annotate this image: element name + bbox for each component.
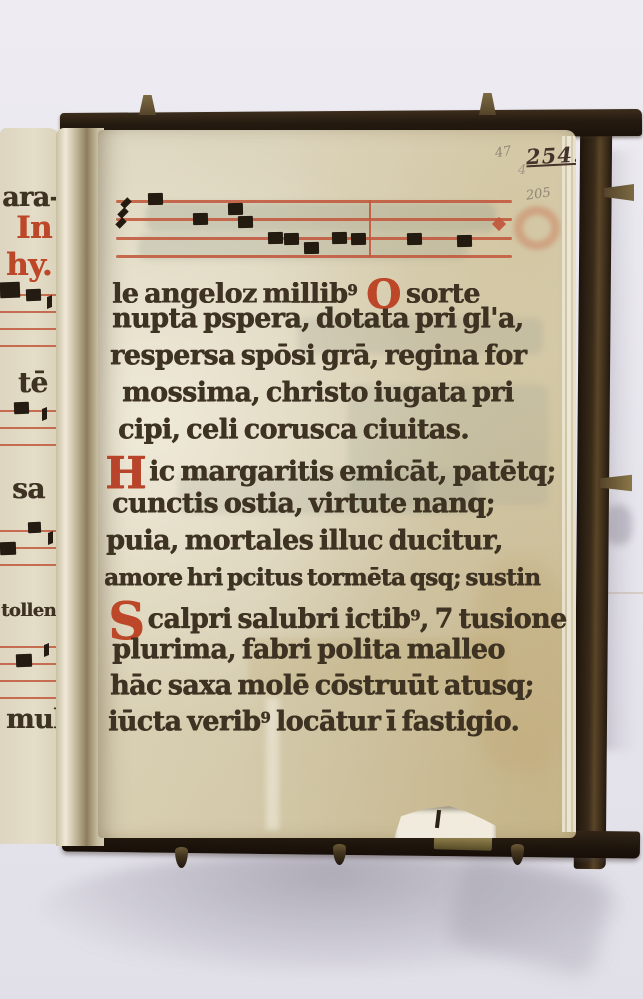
- text-segment: 9: [347, 281, 357, 299]
- text-segment: amore hri pcitus tormēta qsq; sustin: [104, 564, 540, 591]
- staff-line: [0, 311, 58, 313]
- staff-line: [0, 680, 58, 682]
- right-page: 47 254. 4 205 le angeloz millib9Osortenu…: [98, 130, 576, 838]
- text-line: plurima, fabri polita malleo: [112, 634, 505, 665]
- book-gutter: [56, 128, 104, 846]
- text-line: mossima, christo iugata pri: [122, 377, 514, 408]
- text-segment: nupta pspera, dotata pri gl'a,: [112, 303, 523, 334]
- text-segment: , 7 tusione: [420, 604, 567, 635]
- left-page-staff: [0, 402, 58, 472]
- staff-custos: [44, 643, 49, 657]
- left-page-fragment: sa: [12, 472, 45, 505]
- text-segment: calpri salubri ictib: [147, 604, 410, 635]
- left-page: ara-Inhy.tēsatollensmul: [0, 128, 62, 844]
- text-line: respersa spōsi grā, regina for: [110, 340, 526, 371]
- text-segment: puia, mortales illuc ducitur,: [106, 525, 503, 556]
- photo-backdrop: ara-Inhy.tēsatollensmul 47 254. 4 205 le…: [0, 0, 643, 999]
- text-line: cipi, celi corusca ciuitas.: [118, 414, 469, 445]
- text-line: amore hri pcitus tormēta qsq; sustin: [104, 564, 540, 591]
- neume: [0, 282, 20, 299]
- neume: [28, 522, 41, 533]
- clasp-pin-top-right: [479, 93, 496, 115]
- text-block: le angeloz millib9Osortenupta pspera, do…: [98, 130, 576, 838]
- text-line: puia, mortales illuc ducitur,: [106, 525, 503, 556]
- staff-line: [0, 444, 58, 446]
- neume: [26, 289, 41, 302]
- staff-custos: [48, 531, 53, 545]
- left-page-fragment: tollens: [1, 600, 62, 621]
- text-segment: cunctis ostia, virtute nanq;: [112, 488, 495, 519]
- binding-right-board: [574, 117, 613, 869]
- staff-line: [0, 564, 58, 566]
- text-segment: mossima, christo iugata pri: [122, 377, 514, 408]
- text-segment: 9: [260, 709, 270, 727]
- text-line: cunctis ostia, virtute nanq;: [112, 488, 495, 519]
- staff-custos: [47, 295, 52, 309]
- staff-line: [0, 328, 58, 330]
- clasp-pin-top-left: [139, 95, 156, 115]
- left-page-staff: [0, 522, 58, 592]
- staff-line: [0, 697, 58, 699]
- text-segment: cipi, celi corusca ciuitas.: [118, 414, 469, 445]
- staff-line: [0, 345, 58, 347]
- left-page-fragment: In: [16, 210, 52, 246]
- text-segment: ic margaritis emicāt, patētq;: [149, 456, 556, 487]
- neume: [0, 542, 16, 556]
- left-page-fragment: ara-: [2, 182, 60, 213]
- text-segment: respersa spōsi grā, regina for: [110, 340, 526, 371]
- text-segment: plurima, fabri polita malleo: [112, 634, 505, 665]
- left-page-staff: [0, 288, 58, 358]
- text-segment: iūcta verib: [108, 706, 260, 737]
- staff-line: [0, 646, 58, 648]
- text-segment: 9: [410, 606, 420, 624]
- text-line: nupta pspera, dotata pri gl'a,: [112, 303, 523, 334]
- staff-custos: [42, 407, 47, 421]
- text-line: iūcta verib9 locātur ī fastigio.: [108, 706, 519, 737]
- left-page-staff: [0, 638, 58, 708]
- neume: [14, 402, 29, 415]
- text-segment: hāc saxa molē cōstruūt atusq;: [110, 670, 534, 701]
- left-page-fragment: tē: [18, 366, 48, 399]
- left-page-fragment: hy.: [6, 247, 52, 283]
- staff-line: [0, 427, 58, 429]
- left-page-fragment: mul: [6, 704, 62, 735]
- neume: [16, 654, 32, 668]
- text-segment: locātur ī fastigio.: [270, 706, 519, 737]
- text-line: hāc saxa molē cōstruūt atusq;: [110, 670, 534, 701]
